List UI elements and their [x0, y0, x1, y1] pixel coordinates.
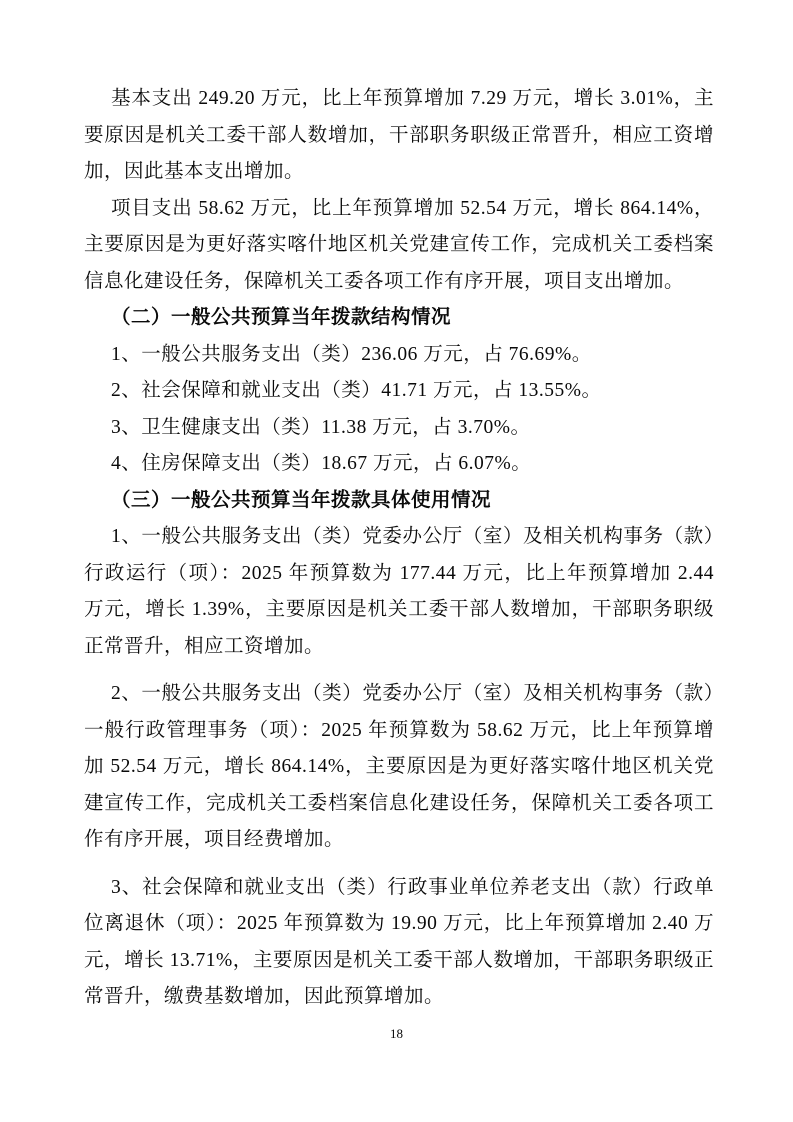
- list-item-health: 3、卫生健康支出（类）11.38 万元，占 3.70%。: [84, 410, 714, 447]
- document-body: 基本支出 249.20 万元，比上年预算增加 7.29 万元，增长 3.01%，…: [84, 81, 714, 1016]
- paragraph-project-expenditure: 项目支出 58.62 万元，比上年预算增加 52.54 万元，增长 864.14…: [84, 191, 714, 301]
- paragraph-basic-expenditure: 基本支出 249.20 万元，比上年预算增加 7.29 万元，增长 3.01%，…: [84, 81, 714, 191]
- section-heading-allocation-structure: （二）一般公共预算当年拨款结构情况: [84, 300, 714, 337]
- list-item-social-security-employment: 2、社会保障和就业支出（类）41.71 万元，占 13.55%。: [84, 373, 714, 410]
- paragraph-usage-item-2: 2、一般公共服务支出（类）党委办公厅（室）及相关机构事务（款）一般行政管理事务（…: [84, 676, 714, 859]
- list-item-housing-security: 4、住房保障支出（类）18.67 万元，占 6.07%。: [84, 446, 714, 483]
- page-number: 18: [0, 1026, 793, 1042]
- paragraph-usage-item-1: 1、一般公共服务支出（类）党委办公厅（室）及相关机构事务（款）行政运行（项）：2…: [84, 519, 714, 665]
- section-heading-allocation-usage: （三）一般公共预算当年拨款具体使用情况: [84, 483, 714, 520]
- paragraph-usage-item-3: 3、社会保障和就业支出（类）行政事业单位养老支出（款）行政单位离退休（项）：20…: [84, 870, 714, 1016]
- document-page: 基本支出 249.20 万元，比上年预算增加 7.29 万元，增长 3.01%，…: [0, 0, 793, 1122]
- list-item-general-public-services: 1、一般公共服务支出（类）236.06 万元，占 76.69%。: [84, 337, 714, 374]
